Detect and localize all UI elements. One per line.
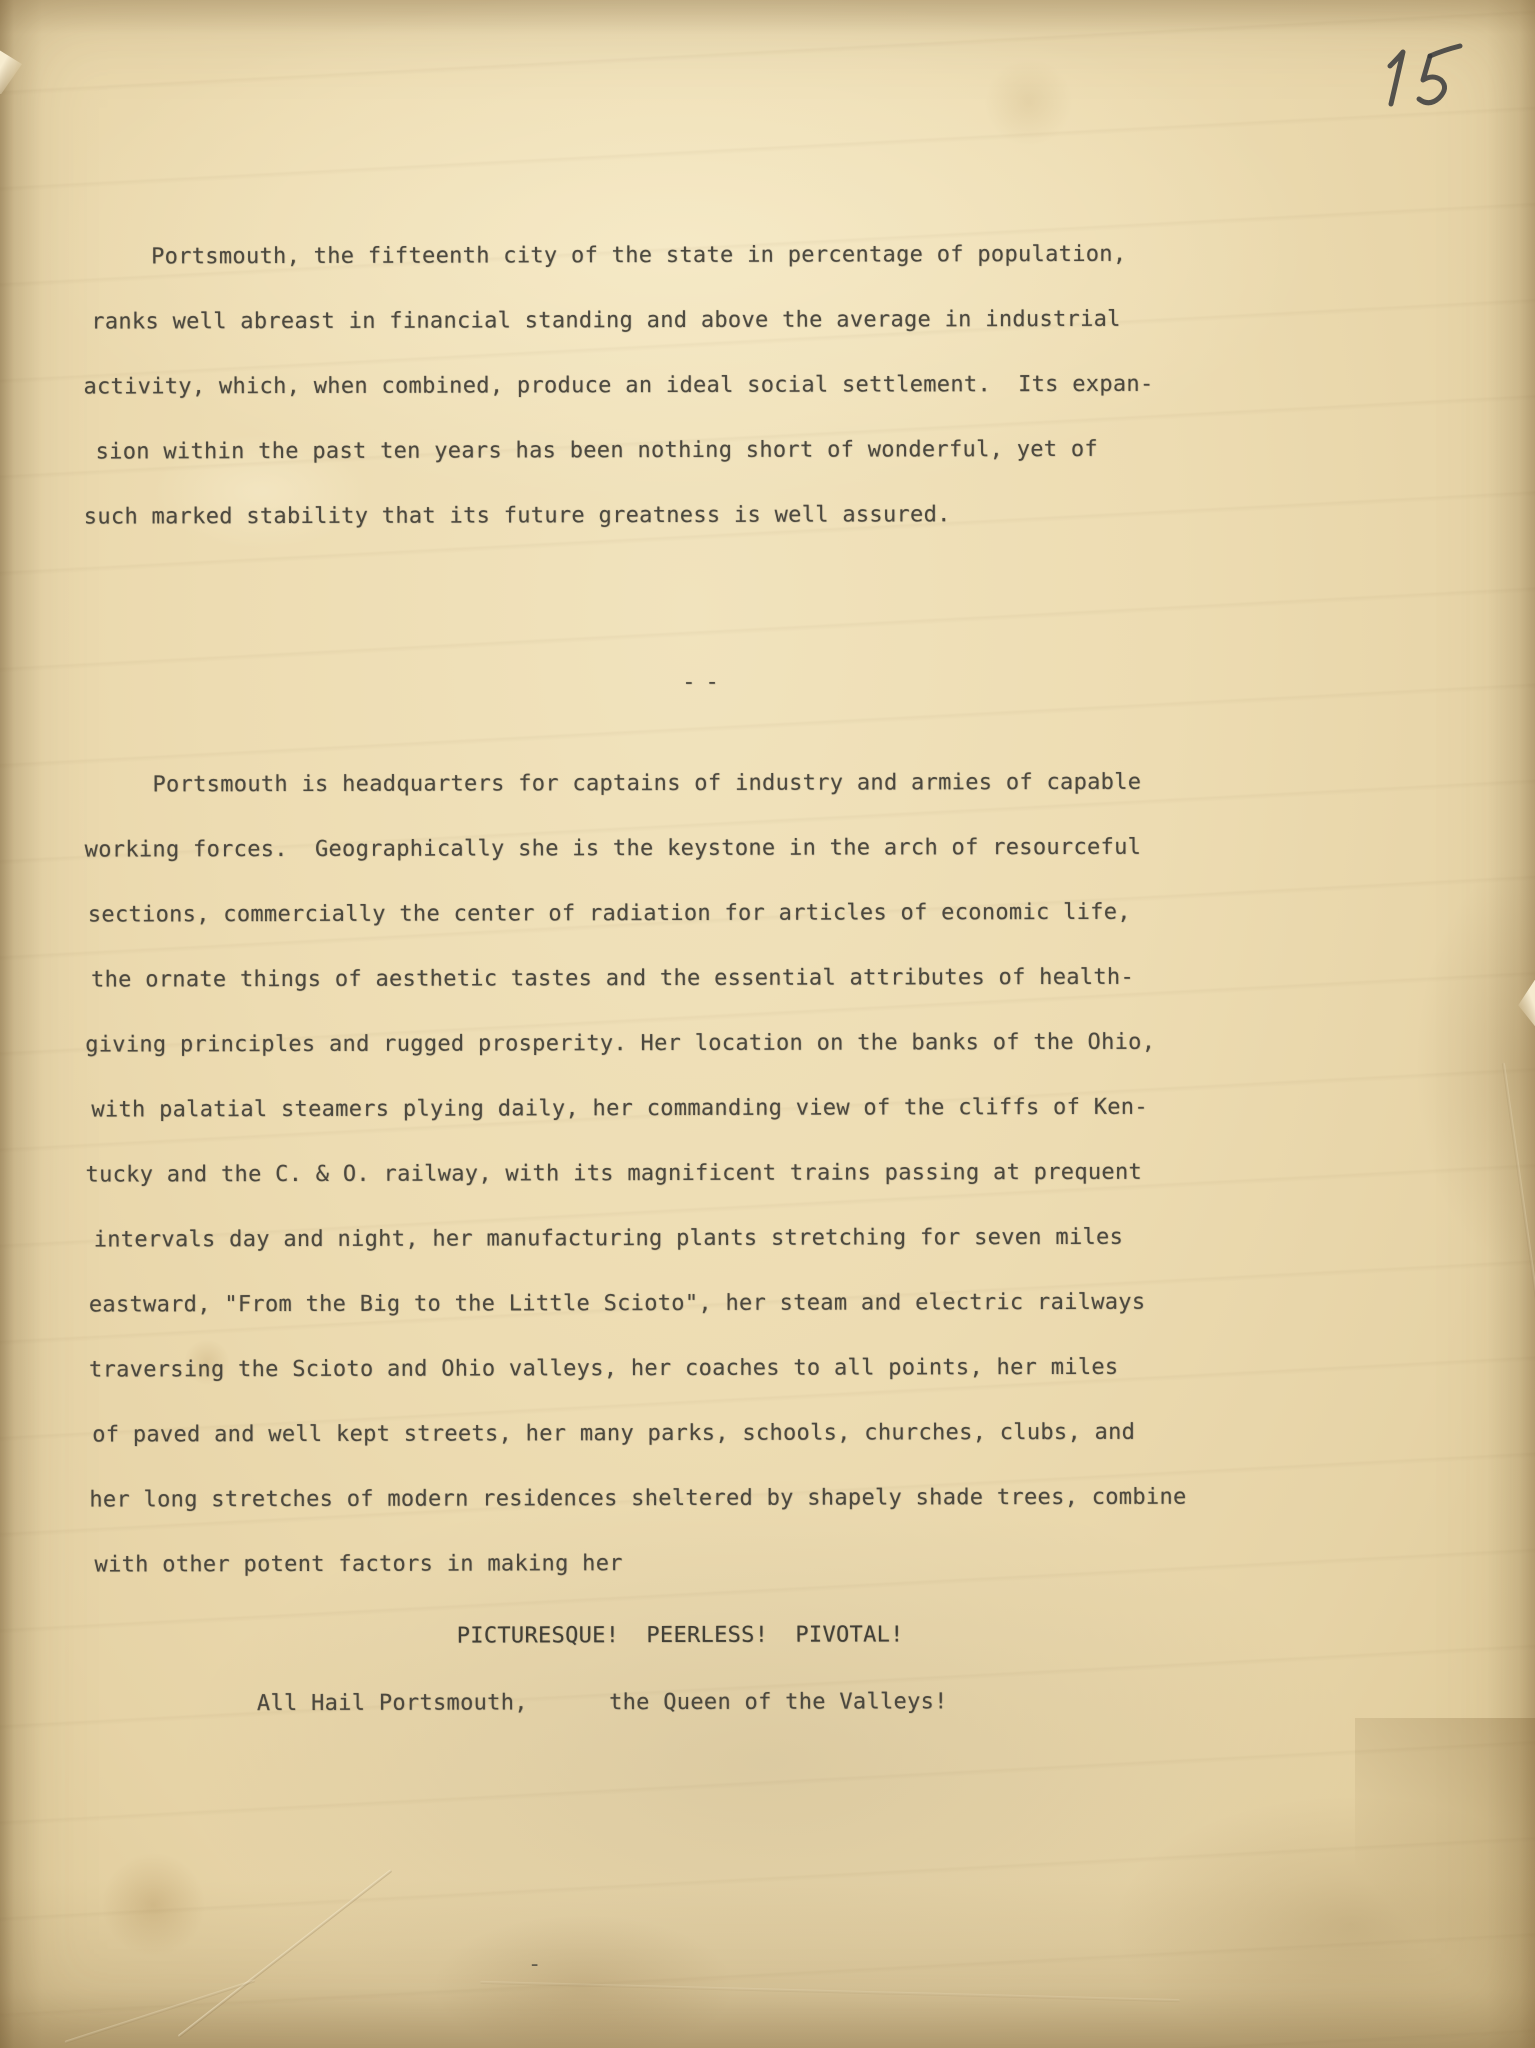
typewritten-line: eastward, "From the Big to the Little Sc…: [86, 1269, 1266, 1337]
typewritten-line: with palatial steamers plying daily, her…: [85, 1074, 1265, 1142]
typewritten-line: sion within the past ten years has been …: [84, 416, 1264, 484]
document-page: 15 Portsmouth, the fifteenth city of the…: [0, 0, 1535, 2048]
typewritten-line: sections, commercially the center of rad…: [85, 879, 1265, 947]
crease-bottom-left: [178, 1869, 393, 2038]
typewritten-line: tucky and the C. & O. railway, with its …: [85, 1139, 1265, 1207]
typewritten-line: ranks well abreast in financial standing…: [83, 286, 1263, 354]
handwritten-page-number: 15: [1368, 34, 1478, 124]
typewritten-line: Portsmouth, the fifteenth city of the st…: [83, 221, 1263, 289]
typewritten-line: intervals day and night, her manufacturi…: [86, 1204, 1266, 1272]
typewritten-line: Portsmouth is headquarters for captains …: [84, 749, 1264, 817]
corner-fold-shadow: [1355, 1718, 1535, 2048]
typewritten-line: traversing the Scioto and Ohio valleys, …: [86, 1334, 1266, 1402]
typewritten-line: giving principles and rugged prosperity.…: [85, 1009, 1265, 1077]
typewritten-line: the ornate things of aesthetic tastes an…: [85, 944, 1265, 1012]
typewritten-line: of paved and well kept streets, her many…: [86, 1399, 1266, 1467]
paragraph-divider: --: [84, 648, 1264, 716]
hail-line: All Hail Portsmouth, the Queen of the Va…: [87, 1668, 1267, 1736]
crease-bottom: [480, 1981, 1180, 2002]
tear-right-edge: [1516, 975, 1535, 1030]
crease-bottom-left-2: [64, 1979, 255, 2044]
slogan-line: PICTURESQUE! PEERLESS! PIVOTAL!: [87, 1601, 1267, 1669]
bottom-dash-mark: -: [528, 1932, 541, 1997]
crease-right: [1502, 1062, 1535, 1300]
handwritten-15-strokes: [1368, 34, 1478, 124]
typewritten-line: working forces. Geographically she is th…: [85, 814, 1265, 882]
typewritten-line: activity, which, when combined, produce …: [83, 351, 1263, 419]
typewritten-line: with other potent factors in making her: [86, 1529, 1266, 1597]
tear-top-left-edge: [0, 48, 22, 94]
typewritten-line: such marked stability that its future gr…: [84, 481, 1264, 549]
typewritten-text: Portsmouth, the fifteenth city of the st…: [83, 221, 1267, 1736]
typewritten-line: her long stretches of modern residences …: [86, 1464, 1266, 1532]
